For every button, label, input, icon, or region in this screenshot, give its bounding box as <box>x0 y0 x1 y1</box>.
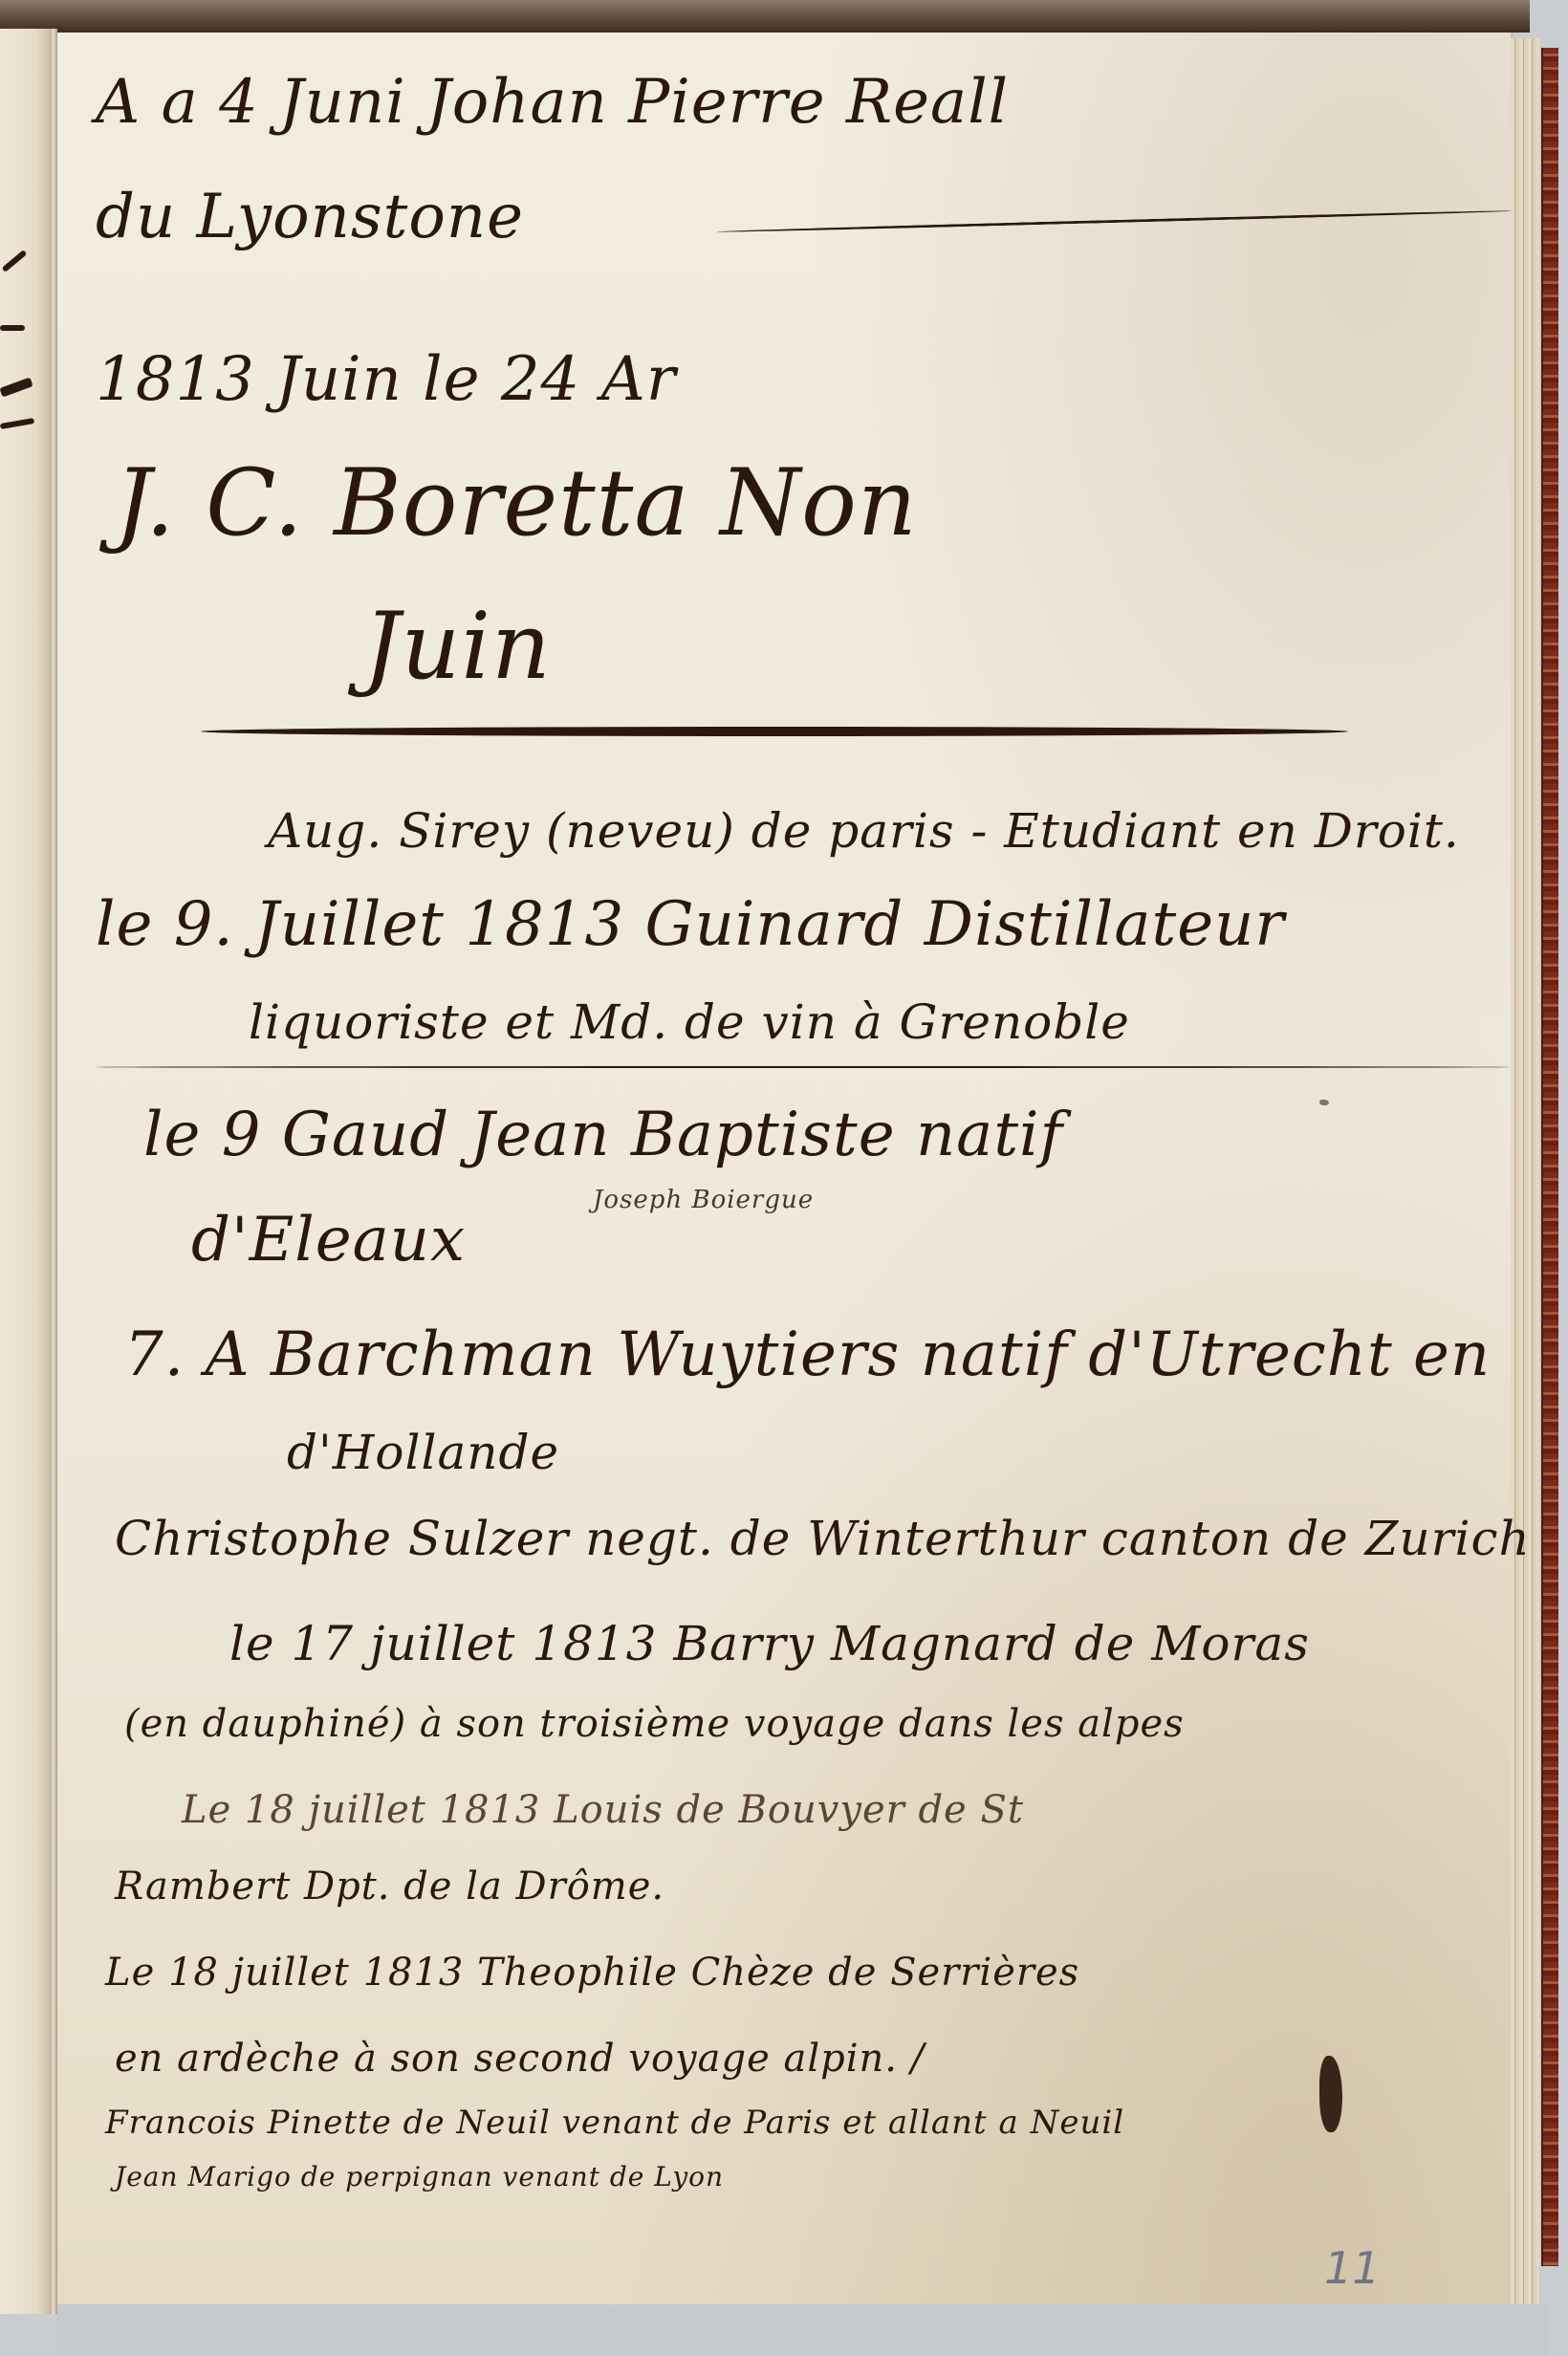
entry-line: Juin <box>363 593 552 700</box>
separator-rule <box>96 1066 1511 1068</box>
entry-line: Le 18 juillet 1813 Louis de Bouvyer de S… <box>182 1788 1024 1832</box>
folio-number: 11 <box>1324 2242 1381 2294</box>
previous-page-margin <box>0 29 52 2314</box>
entry-line: Christophe Sulzer negt. de Winterthur ca… <box>115 1511 1531 1566</box>
entry-line: d'Hollande <box>287 1425 559 1480</box>
entry-line: Aug. Sirey (neveu) de paris - Etudiant e… <box>268 803 1460 859</box>
entry-line: (en dauphiné) à son troisième voyage dan… <box>124 1702 1185 1746</box>
page-stack-edges <box>1511 38 1539 2304</box>
entry-line: le 9. Juillet 1813 Guinard Distillateur <box>96 889 1285 960</box>
entry-line: liquoriste et Md. de vin à Grenoble <box>249 994 1130 1050</box>
book-binding-right <box>1541 48 1558 2266</box>
manuscript-book: A a 4 Juni Johan Pierre Reall du Lyonsto… <box>0 0 1568 2356</box>
entry-line: le 9 Gaud Jean Baptiste natif <box>143 1100 1063 1170</box>
ink-spot <box>1319 1100 1329 1105</box>
entry-line: du Lyonstone <box>96 182 524 252</box>
entry-line: le 17 juillet 1813 Barry Magnard de Mora… <box>229 1616 1310 1671</box>
book-gutter <box>50 29 57 2314</box>
entry-line: en ardèche à son second voyage alpin. / <box>115 2037 925 2081</box>
background-surface <box>57 2304 1549 2356</box>
entry-signature: J. C. Boretta Non <box>115 449 918 556</box>
entry-line: A a 4 Juni Johan Pierre Reall <box>96 67 1009 138</box>
entry-line: 1813 Juin le 24 Ar <box>96 344 676 415</box>
entry-line: 7. A Barchman Wuytiers natif d'Utrecht e… <box>124 1320 1491 1390</box>
entry-line: Jean Marigo de perpignan venant de Lyon <box>115 2161 724 2192</box>
separator-rule-thick <box>201 727 1348 736</box>
entry-line: d'Eleaux <box>191 1205 466 1276</box>
marginal-annotation: Joseph Boiergue <box>593 1186 814 1214</box>
entry-line: Francois Pinette de Neuil venant de Pari… <box>105 2104 1124 2142</box>
entry-line: Le 18 juillet 1813 Theophile Chèze de Se… <box>105 1951 1079 1995</box>
book-cover-top-edge <box>0 0 1530 33</box>
entry-line: Rambert Dpt. de la Drôme. <box>115 1865 664 1909</box>
